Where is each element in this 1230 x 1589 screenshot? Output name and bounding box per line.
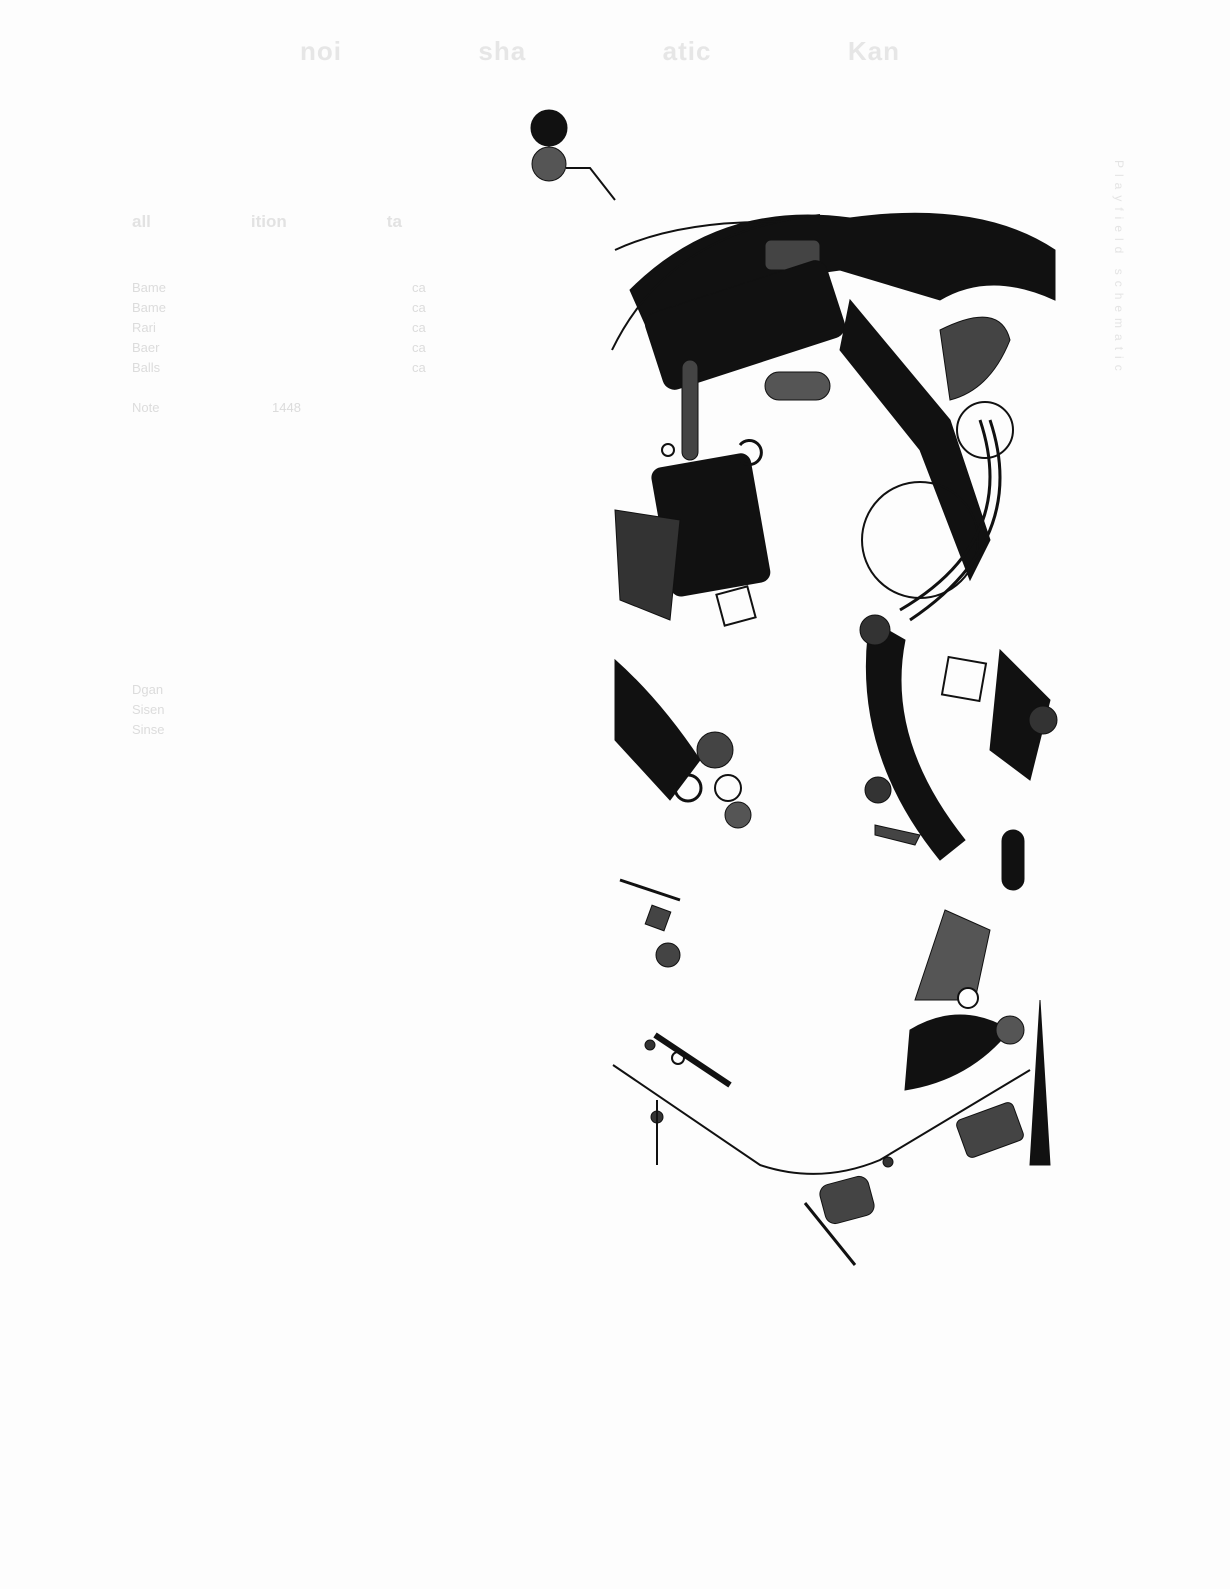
section-heading: all ition ta xyxy=(132,212,402,232)
parts-list-row: Bameca xyxy=(132,278,472,298)
parts-list-row: Rarica xyxy=(132,318,472,338)
part-code: ca xyxy=(412,278,472,298)
parts-list-row: Baerca xyxy=(132,338,472,358)
heading-fragment: ition xyxy=(251,212,287,232)
part-name: Bame xyxy=(132,298,192,318)
heading-fragment: ta xyxy=(387,212,402,232)
parts-list-row: Bameca xyxy=(132,298,472,318)
heading-fragment: all xyxy=(132,212,151,232)
document-title: noi sha atic Kan xyxy=(300,36,900,67)
title-fragment: noi xyxy=(300,36,342,67)
part-name: Rari xyxy=(132,318,192,338)
part-name: Balls xyxy=(132,358,192,378)
part-name: Baer xyxy=(132,338,192,358)
lower-note: Sisen xyxy=(132,700,165,720)
part-code: ca xyxy=(412,298,472,318)
part-code: ca xyxy=(412,358,472,378)
note-label: Note xyxy=(132,398,192,418)
title-fragment: atic xyxy=(663,36,712,67)
parts-list: Bameca Bameca Rarica Baerca Ballsca xyxy=(132,278,472,378)
title-fragment: Kan xyxy=(848,36,900,67)
title-fragment: sha xyxy=(478,36,526,67)
knob-icon xyxy=(531,110,567,146)
part-code: ca xyxy=(412,338,472,358)
note-value: 1448 xyxy=(272,398,332,418)
lower-note: Dgan xyxy=(132,680,165,700)
part-code: ca xyxy=(412,318,472,338)
notes-block: Note1448 xyxy=(132,398,332,418)
part-name: Bame xyxy=(132,278,192,298)
parts-list-row: Ballsca xyxy=(132,358,472,378)
playfield-schematic-diagram xyxy=(520,100,1080,1270)
side-margin-text: Playfield schematic xyxy=(1108,160,1126,1260)
lower-note: Sinse xyxy=(132,720,165,740)
lower-notes: Dgan Sisen Sinse xyxy=(132,680,165,740)
